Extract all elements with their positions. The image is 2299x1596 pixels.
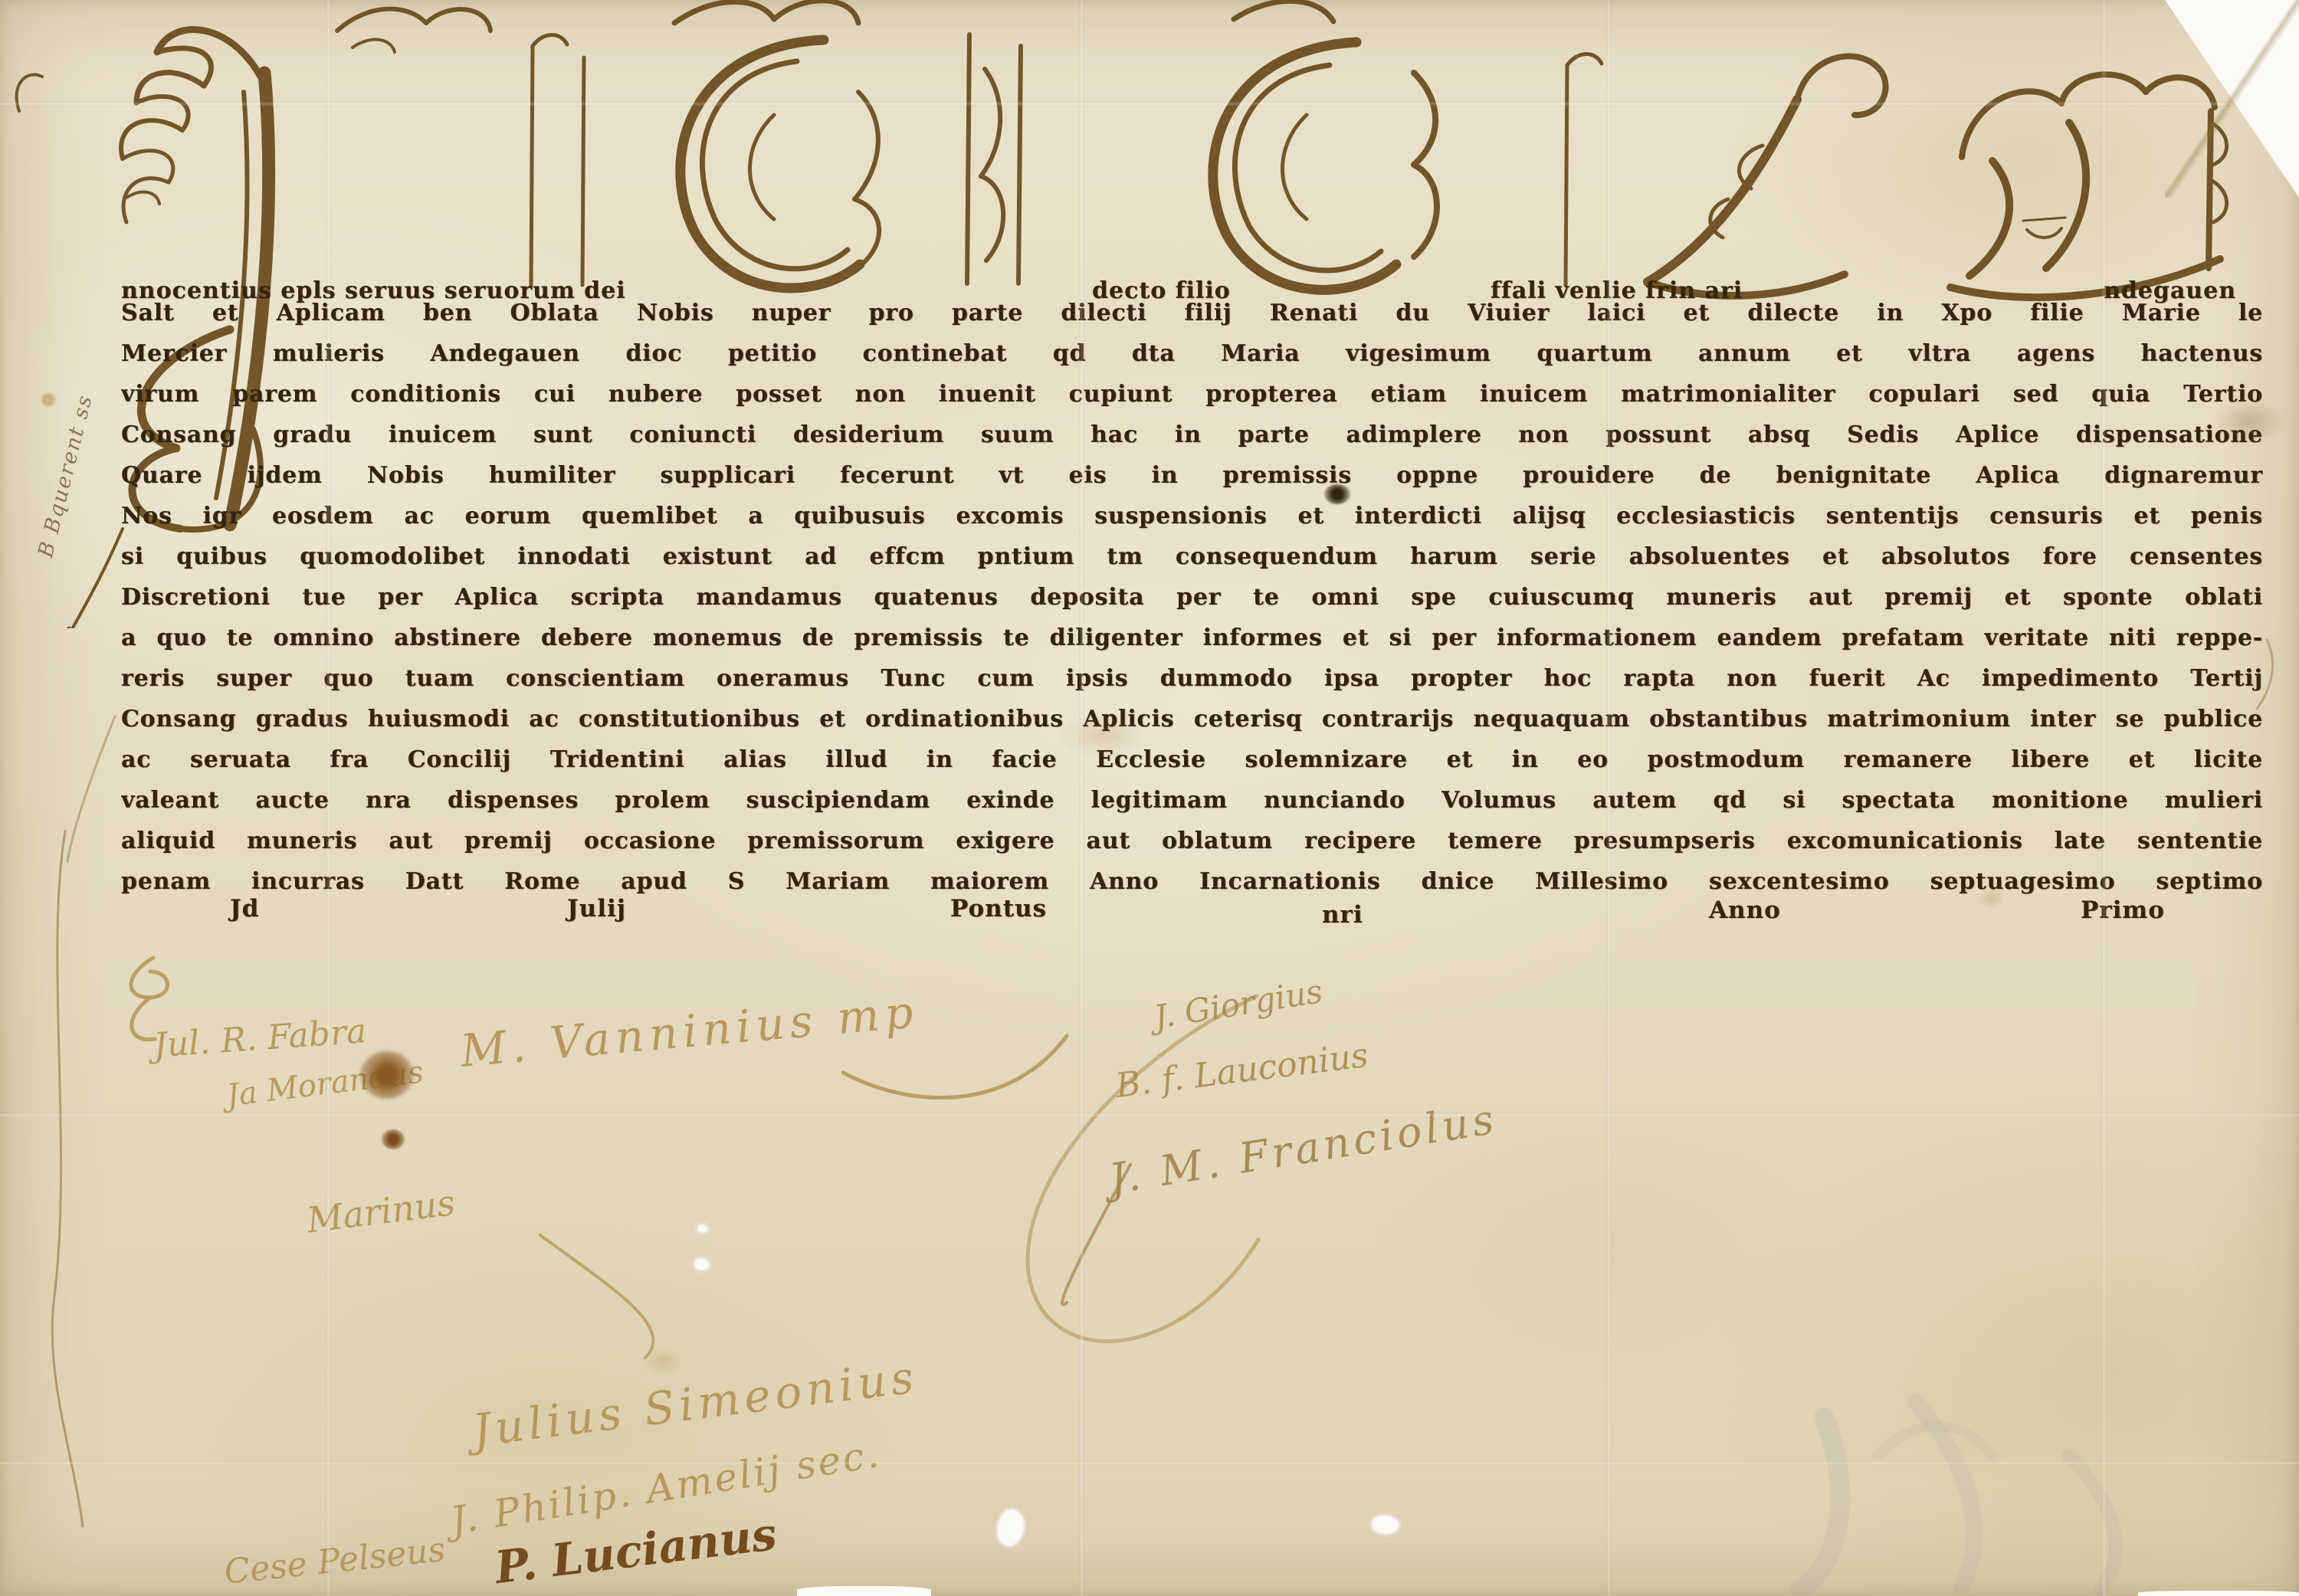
stain-spot [382, 1129, 405, 1149]
stain-smudge [1058, 713, 1149, 759]
verso-bleedthrough-flourishes [1801, 1402, 2116, 1590]
stain-spot [40, 392, 57, 408]
left-margin-pen-line-2 [67, 716, 115, 862]
stain-smudge [2215, 398, 2284, 444]
signature-flourishes [0, 0, 2299, 1596]
torn-bottom-edge [797, 1586, 931, 1596]
parchment-hole [1370, 1514, 1401, 1535]
fold-crease-vertical [1079, 0, 1084, 1596]
fold-crease-vertical [1606, 0, 1612, 1596]
stain-spot [1977, 889, 2005, 909]
parchment-hole [696, 1223, 710, 1234]
marinus-tail [540, 1235, 653, 1358]
fold-crease-horizontal [0, 1113, 2299, 1118]
fold-crease-vertical [2101, 0, 2107, 1596]
parchment-hole [693, 1257, 711, 1272]
left-margin-pen-line [52, 831, 83, 1526]
fold-crease-vertical [326, 0, 331, 1596]
vanninius-underswash [843, 1036, 1067, 1098]
fold-crease-horizontal [0, 1460, 2299, 1466]
right-edge-flourish [2257, 640, 2273, 709]
fold-crease-horizontal [0, 101, 2299, 107]
stain-spot [644, 1349, 682, 1375]
ink-blot [360, 1051, 414, 1099]
ink-blot [1324, 484, 1350, 504]
parchment-document: nnocentius epls seruus seruorum dei dect… [0, 0, 2299, 1596]
torn-bottom-edge [2138, 1591, 2299, 1596]
